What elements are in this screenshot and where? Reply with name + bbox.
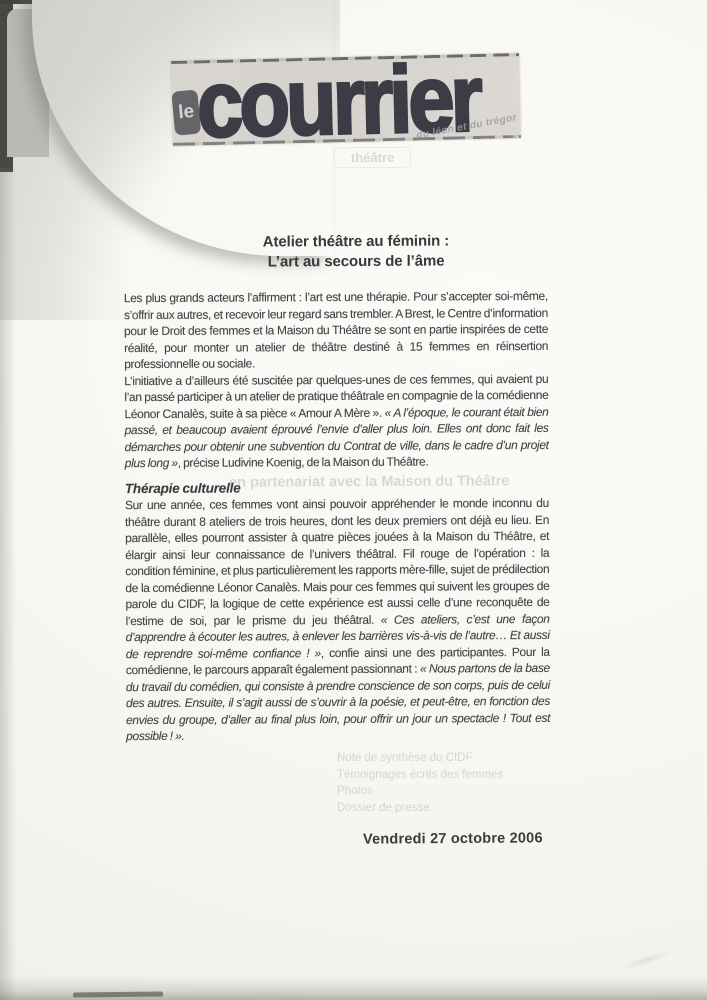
bleedthrough-list: Note de synthèse du CIDF Témoignages écr… [337, 750, 503, 816]
article-body: Les plus grands acteurs l’affirment : l’… [124, 288, 550, 745]
publication-date: Vendredi 27 octobre 2006 [363, 830, 543, 847]
scanned-document-page: le courrier du léon et du trégor théâtre… [0, 0, 707, 1000]
bleedthrough-list-item: Dossier de presse [337, 800, 503, 817]
newspaper-masthead: le courrier du léon et du trégor [171, 53, 521, 146]
bottom-edge-mark [73, 992, 163, 998]
article-headline: Atelier théâtre au féminin : L’art au se… [125, 231, 587, 273]
bleedthrough-list-item: Photos [337, 783, 503, 800]
headline-line-2: L’art au secours de l’âme [125, 251, 587, 273]
bleedthrough-list-item: Note de synthèse du CIDF [337, 750, 503, 767]
paragraph-text: , précise Ludivine Koenig, de la Maison … [178, 455, 429, 470]
paragraph-initiative: L’initiative a d’ailleurs été suscitée p… [124, 370, 549, 471]
bleedthrough-header: théâtre [334, 147, 412, 169]
scan-smudge [617, 947, 675, 973]
bleedthrough-list-item: Témoignages écrits des femmes [337, 767, 503, 784]
paragraph-text: Sur une année, ces femmes vont ainsi pou… [125, 496, 550, 628]
left-edge-shadow [0, 168, 16, 1000]
headline-line-1: Atelier théâtre au féminin : [125, 231, 587, 253]
paragraph-intro: Les plus grands acteurs l’affirment : l’… [124, 288, 548, 373]
paragraph-therapie: Sur une année, ces femmes vont ainsi pou… [125, 495, 550, 745]
